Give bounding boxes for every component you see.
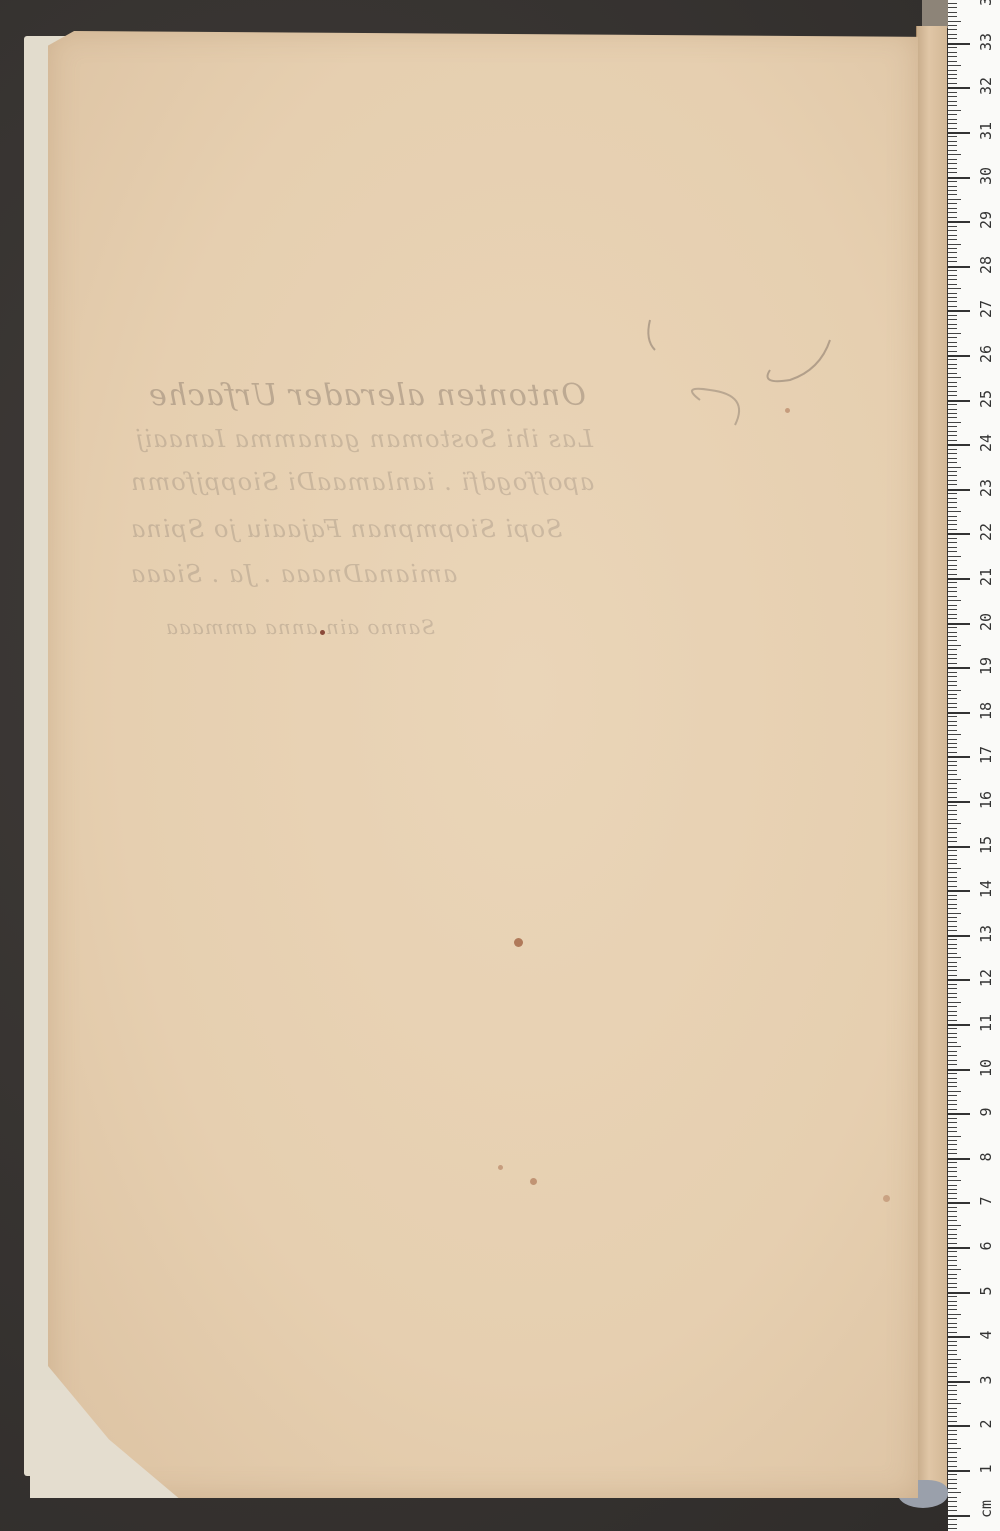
ruler-tick <box>948 1430 957 1431</box>
ruler-tick <box>948 1113 970 1115</box>
ruler-label: 19 <box>977 654 995 678</box>
ruler-tick <box>948 29 957 30</box>
ruler-tick <box>948 21 961 22</box>
ruler-tick <box>948 1497 957 1498</box>
ruler-tick <box>948 1202 970 1204</box>
ruler-tick <box>948 1020 957 1021</box>
ruler-tick <box>948 105 957 106</box>
ruler-tick <box>948 235 957 236</box>
foxing-spot <box>785 408 790 413</box>
ruler-tick <box>948 1220 957 1221</box>
ruler-tick <box>948 489 970 491</box>
ruler-tick <box>948 1033 957 1034</box>
ruler-tick <box>948 65 961 66</box>
ruler-tick <box>948 1158 970 1160</box>
ruler-label: 25 <box>977 387 995 411</box>
ruler-tick <box>948 208 957 209</box>
ruler-tick <box>948 74 957 75</box>
ruler-tick <box>948 1144 957 1145</box>
ruler-tick <box>948 725 957 726</box>
ruler-tick <box>948 944 957 945</box>
ruler-tick <box>948 395 957 396</box>
ruler-tick <box>948 150 957 151</box>
ruler-tick <box>948 199 961 200</box>
ruler-tick <box>948 328 957 329</box>
ruler-tick <box>948 1104 957 1105</box>
ruler-tick <box>948 301 957 302</box>
ruler-label: 23 <box>977 476 995 500</box>
ruler-tick <box>948 1051 957 1052</box>
ruler-label: 1 <box>977 1457 995 1481</box>
ruler-tick <box>948 226 957 227</box>
ruler-tick <box>948 417 957 418</box>
ruler-tick <box>948 252 957 253</box>
bleed-through-line: Sopi Siopmpnan Fajaaiu jo Spina <box>130 515 562 543</box>
ruler-label: 26 <box>977 342 995 366</box>
ruler-tick <box>948 391 957 392</box>
ruler-tick <box>948 310 970 312</box>
bleed-through-line: Sanno ain anna ammaaa <box>165 615 435 639</box>
ruler-tick <box>948 1492 961 1493</box>
ruler-tick <box>948 1524 957 1525</box>
ruler-tick <box>948 123 957 124</box>
ruler-tick <box>948 1216 957 1217</box>
ruler-tick <box>948 355 970 357</box>
ruler-tick <box>948 614 957 615</box>
ruler-tick <box>948 1466 957 1467</box>
ruler-tick <box>948 841 957 842</box>
ruler-tick <box>948 984 957 985</box>
ruler-tick <box>948 1461 957 1462</box>
ruler-tick <box>948 333 961 334</box>
ruler-tick <box>948 12 957 13</box>
ruler-tick <box>948 681 957 682</box>
ruler-label: 3 <box>977 1368 995 1392</box>
ruler-tick <box>948 1136 961 1137</box>
ruler-tick <box>948 1434 957 1435</box>
ruler-tick <box>948 752 957 753</box>
ruler-tick <box>948 765 957 766</box>
ruler-tick <box>948 703 957 704</box>
ruler-tick <box>948 855 957 856</box>
ruler-tick <box>948 78 957 79</box>
ruler-tick <box>948 565 957 566</box>
ruler-tick <box>948 1185 957 1186</box>
ruler-tick <box>948 261 957 262</box>
ruler-label: 16 <box>977 788 995 812</box>
ruler-tick <box>948 1350 957 1351</box>
ruler-tick <box>948 1055 957 1056</box>
ruler-tick <box>948 1470 970 1472</box>
ruler-tick <box>948 386 957 387</box>
ruler-tick <box>948 1095 957 1096</box>
ruler-tick <box>948 1359 961 1360</box>
ruler-tick <box>948 685 957 686</box>
ruler-tick <box>948 1506 957 1507</box>
ruler-tick <box>948 721 957 722</box>
ruler-tick <box>948 993 957 994</box>
ruler-tick <box>948 1042 957 1043</box>
ruler-label: 32 <box>977 74 995 98</box>
ruler-tick <box>948 872 957 873</box>
ruler-tick <box>948 1180 961 1181</box>
ruler-tick <box>948 1028 957 1029</box>
ruler-tick <box>948 324 957 325</box>
ruler-tick <box>948 524 957 525</box>
ruler-tick <box>948 556 961 557</box>
ruler-tick <box>948 1127 957 1128</box>
ruler-tick <box>948 1327 957 1328</box>
ruler-tick <box>948 136 957 137</box>
ruler-tick <box>948 257 957 258</box>
ruler-tick <box>948 605 957 606</box>
ruler-tick <box>948 413 957 414</box>
foxing-spot <box>498 1165 503 1170</box>
ruler-tick <box>948 837 957 838</box>
ruler-tick <box>948 1109 957 1110</box>
ruler-tick <box>948 1207 957 1208</box>
ruler-tick <box>948 248 957 249</box>
ruler-label: 24 <box>977 431 995 455</box>
ruler-tick <box>948 1332 957 1333</box>
ruler-tick <box>948 578 970 580</box>
foxing-spot <box>514 938 523 947</box>
ruler-tick <box>948 297 957 298</box>
ruler-tick <box>948 1292 970 1294</box>
ruler-tick <box>948 212 957 213</box>
ruler-tick <box>948 1006 957 1007</box>
binding-top <box>922 0 950 28</box>
ruler-tick <box>948 672 957 673</box>
ruler-tick <box>948 716 957 717</box>
ruler-tick <box>948 649 957 650</box>
ruler-tick <box>948 1341 957 1342</box>
ruler-tick <box>948 114 957 115</box>
ruler-tick <box>948 163 957 164</box>
ruler-tick <box>948 1078 957 1079</box>
foxing-spot <box>320 630 325 635</box>
ruler-tick <box>948 1399 957 1400</box>
ruler-label: 22 <box>977 520 995 544</box>
ruler-tick <box>948 279 957 280</box>
ruler-tick <box>948 734 961 735</box>
ruler-tick <box>948 1323 957 1324</box>
ruler-tick <box>948 154 961 155</box>
ruler-tick <box>948 895 957 896</box>
ruler-tick <box>948 1091 961 1092</box>
foxing-spot <box>883 1195 890 1202</box>
ruler-tick <box>948 377 961 378</box>
ruler-tick <box>948 957 961 958</box>
ruler-tick <box>948 373 957 374</box>
ruler-label: 7 <box>977 1189 995 1213</box>
ruler-tick <box>948 172 957 173</box>
ruler-tick <box>948 92 957 93</box>
ruler-tick <box>948 38 957 39</box>
foxing-spot <box>530 1178 537 1185</box>
ruler-tick <box>948 1367 957 1368</box>
ruler-label: 18 <box>977 699 995 723</box>
ruler-tick <box>948 1247 970 1249</box>
ruler-tick <box>948 1501 957 1502</box>
ruler-tick <box>948 542 957 543</box>
ruler-tick <box>948 975 957 976</box>
ruler-tick <box>948 1519 957 1520</box>
ruler-tick <box>948 560 957 561</box>
ruler-tick <box>948 1309 957 1310</box>
ruler-tick <box>948 1037 957 1038</box>
ruler-tick <box>948 1318 957 1319</box>
ruler-tick <box>948 1385 957 1386</box>
ruler-tick <box>948 1265 957 1266</box>
ruler-tick <box>948 1354 957 1355</box>
ruler-tick <box>948 756 970 758</box>
ruler-tick <box>948 1296 957 1297</box>
ruler-tick <box>948 511 961 512</box>
ruler-tick <box>948 747 957 748</box>
ruler-tick <box>948 645 961 646</box>
ruler-tick <box>948 1153 957 1154</box>
ruler-tick <box>948 1211 957 1212</box>
ruler-tick <box>948 899 957 900</box>
ruler-tick <box>948 1234 957 1235</box>
ruler-tick <box>948 774 957 775</box>
ruler-tick <box>948 61 957 62</box>
ruler-tick <box>948 480 957 481</box>
ruler-tick <box>948 1403 961 1404</box>
ruler-tick <box>948 453 957 454</box>
ruler-tick <box>948 25 957 26</box>
ruler-tick <box>948 1528 957 1529</box>
ruler-tick <box>948 507 957 508</box>
ruler-tick <box>948 284 957 285</box>
ruler-tick <box>948 1510 957 1511</box>
ruler-tick <box>948 1002 961 1003</box>
ruler-tick <box>948 1457 957 1458</box>
ruler-tick <box>948 770 957 771</box>
ruler-tick <box>948 886 957 887</box>
ruler-label: 12 <box>977 966 995 990</box>
ruler-tick <box>948 1274 957 1275</box>
ruler-label: 9 <box>977 1100 995 1124</box>
ruler-label: 31 <box>977 119 995 143</box>
ruler-tick <box>948 337 957 338</box>
ruler-tick <box>948 574 957 575</box>
ruler-tick <box>948 1363 957 1364</box>
ruler-tick <box>948 926 957 927</box>
ruler-tick <box>948 966 957 967</box>
ruler-tick <box>948 1443 957 1444</box>
ruler-tick <box>948 917 957 918</box>
ruler-tick <box>948 1229 957 1230</box>
ruler-tick <box>948 698 957 699</box>
ruler-tick <box>948 632 957 633</box>
ruler-tick <box>948 658 957 659</box>
measurement-ruler: cm 1234567891011121314151617181920212223… <box>948 0 1000 1531</box>
binding-spine <box>916 26 947 1496</box>
ruler-tick <box>948 1171 957 1172</box>
ruler-tick <box>948 1376 957 1377</box>
ruler-label: 14 <box>977 877 995 901</box>
ruler-tick <box>948 1336 970 1338</box>
ruler-tick <box>948 1060 957 1061</box>
ruler-tick <box>948 1381 970 1383</box>
ruler-tick <box>948 239 957 240</box>
ruler-tick <box>948 832 957 833</box>
ruler-tick <box>948 1515 970 1517</box>
ruler-label: 10 <box>977 1056 995 1080</box>
ruler-tick <box>948 1082 957 1083</box>
ruler-tick <box>948 516 957 517</box>
ruler-tick <box>948 913 961 914</box>
ruler-tick <box>948 475 957 476</box>
ruler-tick <box>948 1015 957 1016</box>
ruler-tick <box>948 70 957 71</box>
ruler-label: 33 <box>977 30 995 54</box>
ruler-label: 11 <box>977 1011 995 1035</box>
ruler-tick <box>948 663 957 664</box>
ruler-tick <box>948 404 957 405</box>
ruler-tick <box>948 640 957 641</box>
ruler-tick <box>948 1260 957 1261</box>
ruler-tick <box>948 16 957 17</box>
ruler-tick <box>948 141 957 142</box>
ruler-tick <box>948 547 957 548</box>
ruler-tick <box>948 1314 961 1315</box>
ruler-tick <box>948 596 957 597</box>
ruler-tick <box>948 275 957 276</box>
ruler-tick <box>948 739 957 740</box>
ruler-tick <box>948 783 957 784</box>
ruler-tick <box>948 342 957 343</box>
ruler-tick <box>948 618 957 619</box>
ruler-tick <box>948 1305 957 1306</box>
ruler-tick <box>948 266 970 268</box>
ruler-tick <box>948 431 957 432</box>
ruler-tick <box>948 1394 957 1395</box>
ruler-tick <box>948 1243 957 1244</box>
ruler-tick <box>948 1086 957 1087</box>
ruler-label: 28 <box>977 253 995 277</box>
ruler-tick <box>948 203 957 204</box>
ruler-tick <box>948 551 957 552</box>
ruler-tick <box>948 1439 957 1440</box>
ruler-tick <box>948 997 957 998</box>
ruler-tick <box>948 319 957 320</box>
ruler-tick <box>948 346 957 347</box>
ruler-tick <box>948 930 957 931</box>
ruler-tick <box>948 1488 957 1489</box>
ruler-tick <box>948 694 957 695</box>
ruler-tick <box>948 529 957 530</box>
ruler-tick <box>948 1140 957 1141</box>
ruler-tick <box>948 306 957 307</box>
ruler-tick <box>948 690 961 691</box>
ruler-tick <box>948 988 957 989</box>
ruler-tick <box>948 1345 957 1346</box>
ruler-tick <box>948 1474 957 1475</box>
ruler-tick <box>948 1167 957 1168</box>
ruler-tick <box>948 863 957 864</box>
ruler-tick <box>948 761 957 762</box>
ruler-tick <box>948 87 970 89</box>
ruler-tick <box>948 1131 957 1132</box>
ruler-tick <box>948 43 970 45</box>
ruler-tick <box>948 627 957 628</box>
ruler-tick <box>948 600 961 601</box>
ruler-tick <box>948 467 961 468</box>
ink-flourish <box>640 300 840 440</box>
ruler-tick <box>948 846 970 848</box>
ruler-label: 29 <box>977 208 995 232</box>
ruler-tick <box>948 636 957 637</box>
ruler-tick <box>948 1269 961 1270</box>
ruler-tick <box>948 962 957 963</box>
ruler-label: 4 <box>977 1323 995 1347</box>
ruler-tick <box>948 609 957 610</box>
ruler-tick <box>948 3 957 4</box>
ruler-tick <box>948 83 957 84</box>
ruler-tick <box>948 1372 957 1373</box>
ruler-tick <box>948 159 957 160</box>
ruler-tick <box>948 1225 961 1226</box>
ruler-tick <box>948 828 957 829</box>
ruler-tick <box>948 591 957 592</box>
ruler-tick <box>948 221 970 223</box>
ruler-label: 17 <box>977 743 995 767</box>
ruler-label: 13 <box>977 922 995 946</box>
ruler-tick <box>948 315 957 316</box>
ruler-tick <box>948 132 970 134</box>
ruler-tick <box>948 128 957 129</box>
ruler-tick <box>948 1118 957 1119</box>
ruler-label: 15 <box>977 833 995 857</box>
ruler-tick <box>948 582 957 583</box>
ruler-tick <box>948 730 957 731</box>
ruler-tick <box>948 119 957 120</box>
ruler-tick <box>948 1149 957 1150</box>
ruler-tick <box>948 1046 961 1047</box>
ruler-tick <box>948 471 957 472</box>
ruler-tick <box>948 1283 957 1284</box>
ruler-tick <box>948 462 957 463</box>
ruler-tick <box>948 484 957 485</box>
ruler-tick <box>948 797 957 798</box>
ruler-tick <box>948 498 957 499</box>
ruler-tick <box>948 1301 957 1302</box>
ruler-tick <box>948 533 970 535</box>
ruler-tick <box>948 409 957 410</box>
ruler-tick <box>948 953 957 954</box>
ruler-tick <box>948 7 957 8</box>
ruler-tick <box>948 859 957 860</box>
ruler-tick <box>948 270 957 271</box>
ruler-tick <box>948 1193 957 1194</box>
ruler-tick <box>948 1122 957 1123</box>
ruler-tick <box>948 458 957 459</box>
ruler-tick <box>948 34 957 35</box>
ruler-tick <box>948 823 961 824</box>
ruler-tick <box>948 47 957 48</box>
ruler-tick <box>948 587 957 588</box>
ruler-tick <box>948 801 970 803</box>
ruler-tick <box>948 110 961 111</box>
ruler-tick <box>948 939 957 940</box>
ruler-tick <box>948 1421 957 1422</box>
ruler-tick <box>948 1064 957 1065</box>
ruler-tick <box>948 792 957 793</box>
ruler-tick <box>948 440 957 441</box>
